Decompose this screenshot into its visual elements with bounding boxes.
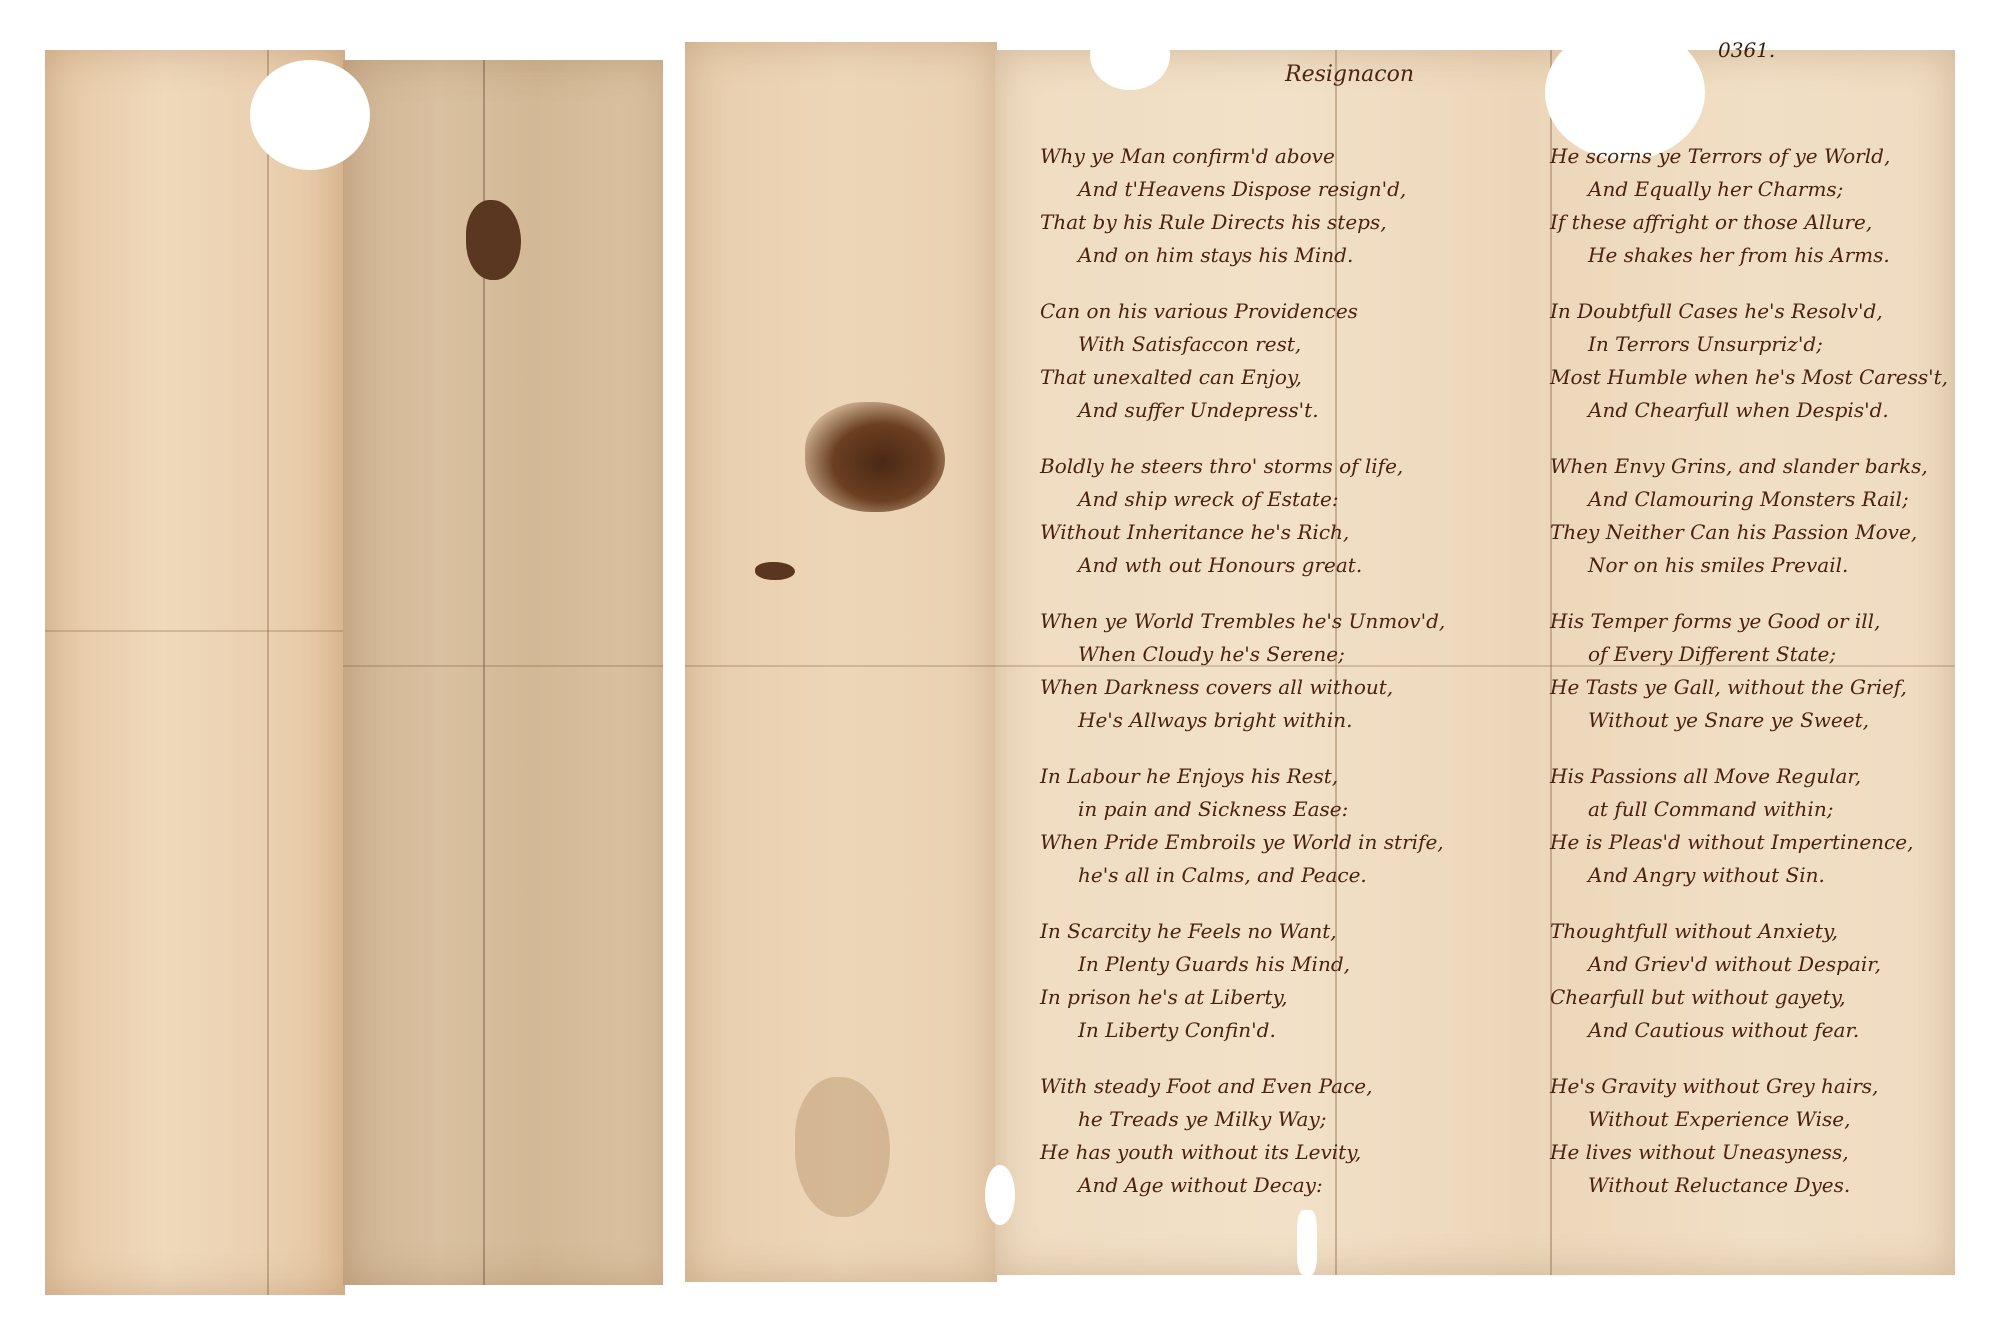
stanza: He's Gravity without Grey hairs, Without… [1550,1070,2000,1225]
torn-hole [985,1165,1015,1225]
verse-line: And t'Heavens Dispose resign'd, [1040,173,1520,206]
verse-line: he's all in Calms, and Peace. [1040,859,1520,892]
verse-line: With steady Foot and Even Pace, [1040,1070,1520,1103]
vertical-fold-line [267,50,269,1295]
stanza: In Scarcity he Feels no Want, In Plenty … [1040,915,1520,1070]
verse-line: he Treads ye Milky Way; [1040,1103,1520,1136]
stanza: When Envy Grins, and slander barks, And … [1550,450,2000,605]
stanza: He scorns ye Terrors of ye World, And Eq… [1550,140,2000,295]
stanza: His Temper forms ye Good or ill, of Ever… [1550,605,2000,760]
sheet-panel-stained [343,60,663,1285]
verse-line: He's Gravity without Grey hairs, [1550,1070,2000,1103]
verse-line: In Doubtfull Cases he's Resolv'd, [1550,295,2000,328]
verse-line: He is Pleas'd without Impertinence, [1550,826,2000,859]
verse-line: Why ye Man confirm'd above [1040,140,1520,173]
water-stain [795,1077,890,1217]
verse-line: And Angry without Sin. [1550,859,2000,892]
verse-line: When Pride Embroils ye World in strife, [1040,826,1520,859]
verse-line: Nor on his smiles Prevail. [1550,549,2000,582]
stanza: Boldly he steers thro' storms of life, A… [1040,450,1520,605]
stanza: In Doubtfull Cases he's Resolv'd, In Ter… [1550,295,2000,450]
ink-stain [466,200,521,280]
verse-line: Can on his various Providences [1040,295,1520,328]
verse-line: And ship wreck of Estate: [1040,483,1520,516]
verse-line: In Scarcity he Feels no Want, [1040,915,1520,948]
page-number: 0361. [1718,38,1775,62]
verse-line: Boldly he steers thro' storms of life, [1040,450,1520,483]
stanza: In Labour he Enjoys his Rest, in pain an… [1040,760,1520,915]
verse-line: In Terrors Unsurpriz'd; [1550,328,2000,361]
verse-line: of Every Different State; [1550,638,2000,671]
stanza: His Passions all Move Regular, at full C… [1550,760,2000,915]
poem-column-right: He scorns ye Terrors of ye World, And Eq… [1550,140,2000,1225]
verse-line: And Equally her Charms; [1550,173,2000,206]
poem-column-left: Why ye Man confirm'd above And t'Heavens… [1040,140,1520,1225]
verse-line: He's Allways bright within. [1040,704,1520,737]
stanza: Why ye Man confirm'd above And t'Heavens… [1040,140,1520,295]
verse-line: When Envy Grins, and slander barks, [1550,450,2000,483]
torn-hole [250,60,370,170]
verse-line-with-strikethrough: He has youth without its Levity, [1040,1136,1520,1169]
verse-line: And Cautious without fear. [1550,1014,2000,1047]
verse-line: And suffer Undepress't. [1040,394,1520,427]
verse-line: His Temper forms ye Good or ill, [1550,605,2000,638]
verse-line: Most Humble when he's Most Caress't, [1550,361,2000,394]
horizontal-fold-line [343,665,663,667]
poem-title: Resignacon [1285,62,1414,87]
verse-line: That by his Rule Directs his steps, [1040,206,1520,239]
verse-line: He scorns ye Terrors of ye World, [1550,140,2000,173]
verse-line: Without Reluctance Dyes. [1550,1169,2000,1202]
torn-edge [1090,20,1170,90]
verse-line: In Plenty Guards his Mind, [1040,948,1520,981]
ink-smudge [755,562,795,580]
verse-line: And Age without Decay: [1040,1169,1520,1202]
verse-line: In Labour he Enjoys his Rest, [1040,760,1520,793]
stanza: When ye World Trembles he's Unmov'd, Whe… [1040,605,1520,760]
verse-line: Without ye Snare ye Sweet, [1550,704,2000,737]
stanza: Can on his various Providences With Sati… [1040,295,1520,450]
verse-line: If these affright or those Allure, [1550,206,2000,239]
verse-line: He Tasts ye Gall, without the Grief, [1550,671,2000,704]
verse-line: at full Command within; [1550,793,2000,826]
verse-line: And Griev'd without Despair, [1550,948,2000,981]
verse-line: His Passions all Move Regular, [1550,760,2000,793]
verse-line: In Liberty Confin'd. [1040,1014,1520,1047]
verse-line: He shakes her from his Arms. [1550,239,2000,272]
sheet-panel-blot [685,42,997,1282]
verse-line: When Cloudy he's Serene; [1040,638,1520,671]
ink-blot [805,402,945,512]
horizontal-fold-line [45,630,345,632]
stanza: With steady Foot and Even Pace, he Tread… [1040,1070,1520,1225]
horizontal-fold-line [685,665,997,667]
verse-line: And Chearfull when Despis'd. [1550,394,2000,427]
verse-line: He lives without Uneasyness, [1550,1136,2000,1169]
verse-line: When Darkness covers all without, [1040,671,1520,704]
verse-line: And Clamouring Monsters Rail; [1550,483,2000,516]
verse-line: Thoughtfull without Anxiety, [1550,915,2000,948]
verse-line: And wth out Honours great. [1040,549,1520,582]
verse-line: Chearfull but without gayety, [1550,981,2000,1014]
verse-line: in pain and Sickness Ease: [1040,793,1520,826]
verse-line: Without Experience Wise, [1550,1103,2000,1136]
verse-line: With Satisfaccon rest, [1040,328,1520,361]
verse-line: That unexalted can Enjoy, [1040,361,1520,394]
stanza: Thoughtfull without Anxiety, And Griev'd… [1550,915,2000,1070]
verse-line: In prison he's at Liberty, [1040,981,1520,1014]
sheet-panel-left [45,50,345,1295]
verse-line: Without Inheritance he's Rich, [1040,516,1520,549]
verse-line: They Neither Can his Passion Move, [1550,516,2000,549]
verse-line: And on him stays his Mind. [1040,239,1520,272]
verse-line: When ye World Trembles he's Unmov'd, [1040,605,1520,638]
